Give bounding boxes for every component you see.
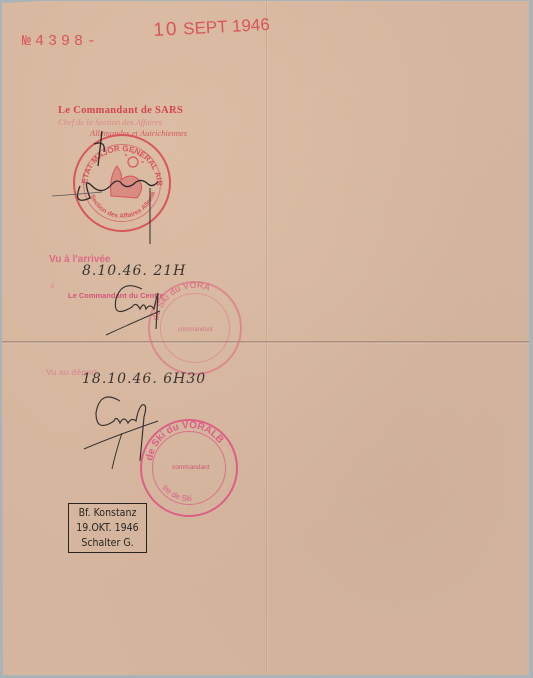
- arrival-faded-line: à: [50, 281, 54, 290]
- serial-number-stamp: №4398-: [22, 33, 100, 50]
- departure-ski-center-seal: de Ski du VORALB tre de Ski commandant: [140, 419, 238, 517]
- konstanz-counter: Schalter G.: [69, 536, 146, 551]
- konstanz-station-name: Bf. Konstanz: [69, 506, 146, 521]
- date-stamp-day: 10: [153, 19, 179, 41]
- date-stamp: 10 SEPT 1946: [153, 14, 271, 42]
- svg-text:commandant: commandant: [172, 464, 210, 471]
- horizontal-fold-crease: [2, 341, 529, 344]
- commandant-title: Le Commandant de SARS: [58, 105, 187, 116]
- svg-text:de Ski du VORALB: de Ski du VORALB: [144, 420, 225, 462]
- konstanz-station-stamp: Bf. Konstanz 19.OKT. 1946 Schalter G.: [68, 503, 147, 553]
- vertical-fold-crease: [266, 1, 268, 675]
- departure-handwritten-datetime: 18.10.46. 6H30: [82, 371, 206, 387]
- svg-text:commandant: commandant: [178, 327, 213, 333]
- konstanz-date: 19.OKT. 1946: [69, 521, 146, 536]
- departure-seal-text: de Ski du VORALB tre de Ski commandant: [142, 421, 236, 515]
- date-stamp-month-year: SEPT 1946: [183, 15, 271, 39]
- arrival-signature: [102, 279, 182, 339]
- etat-major-signature: [62, 126, 182, 246]
- arrival-handwritten-datetime: 8.10.46. 21H: [82, 263, 186, 279]
- svg-text:tre de Ski: tre de Ski: [161, 483, 193, 503]
- document-page: №4398- 10 SEPT 1946 Le Commandant de SAR…: [2, 1, 529, 675]
